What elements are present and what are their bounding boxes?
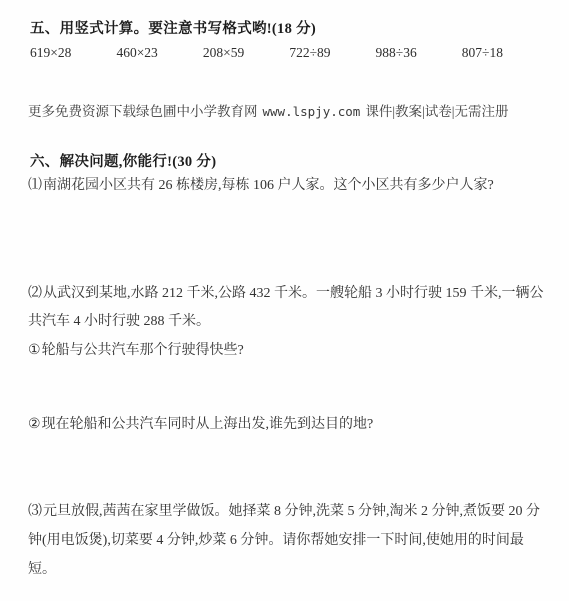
section5-expressions-row: 619×28 460×23 208×59 722÷89 988÷36 807÷1… bbox=[30, 45, 503, 61]
problem-2-sub2-label: ② bbox=[28, 417, 41, 432]
problem-2-text: 从武汉到某地,水路 212 千米,公路 432 千米。一艘轮船 3 小时行驶 1… bbox=[28, 286, 544, 329]
problem-1-label: ⑴ bbox=[28, 178, 42, 193]
expression-5: 988÷36 bbox=[376, 45, 417, 61]
problem-2-sub2: ②现在轮船和公共汽车同时从上海出发,谁先到达目的地? bbox=[28, 411, 545, 439]
problem-3-label: ⑶ bbox=[28, 504, 42, 519]
expression-2: 460×23 bbox=[116, 45, 157, 61]
section5-heading: 五、用竖式计算。要注意书写格式哟!(18 分) bbox=[30, 17, 316, 38]
problem-2-sub2-text: 现在轮船和公共汽车同时从上海出发,谁先到达目的地? bbox=[42, 417, 374, 432]
expression-4: 722÷89 bbox=[289, 45, 330, 61]
ad-prefix-text: 更多免费资源下载绿色圃中小学教育网 bbox=[28, 104, 258, 119]
ad-url-text: www.lspjy.com bbox=[263, 104, 361, 119]
expression-3: 208×59 bbox=[203, 45, 244, 61]
section6-heading: 六、解决问题,你能行!(30 分) bbox=[30, 150, 216, 171]
ad-line: 更多免费资源下载绿色圃中小学教育网www.lspjy.com课件|教案|试卷|无… bbox=[28, 100, 508, 120]
problem-3: ⑶元旦放假,茜茜在家里学做饭。她择菜 8 分钟,洗菜 5 分钟,淘米 2 分钟,… bbox=[28, 497, 545, 584]
worksheet-page: 五、用竖式计算。要注意书写格式哟!(18 分) 619×28 460×23 20… bbox=[0, 0, 569, 601]
problem-2-label: ⑵ bbox=[28, 286, 42, 301]
expression-1: 619×28 bbox=[30, 45, 71, 61]
problem-2-sub1: ①轮船与公共汽车那个行驶得快些? bbox=[28, 337, 545, 365]
problem-2-sub1-label: ① bbox=[28, 343, 41, 358]
problem-3-text: 元旦放假,茜茜在家里学做饭。她择菜 8 分钟,洗菜 5 分钟,淘米 2 分钟,煮… bbox=[28, 504, 540, 577]
problem-2: ⑵从武汉到某地,水路 212 千米,公路 432 千米。一艘轮船 3 小时行驶 … bbox=[28, 280, 545, 336]
problem-1: ⑴南湖花园小区共有 26 栋楼房,每栋 106 户人家。这个小区共有多少户人家? bbox=[28, 172, 545, 200]
expression-6: 807÷18 bbox=[462, 45, 503, 61]
problem-1-text: 南湖花园小区共有 26 栋楼房,每栋 106 户人家。这个小区共有多少户人家? bbox=[43, 178, 494, 193]
ad-links-text: 课件|教案|试卷|无需注册 bbox=[365, 104, 508, 119]
problem-2-sub1-text: 轮船与公共汽车那个行驶得快些? bbox=[42, 343, 244, 358]
